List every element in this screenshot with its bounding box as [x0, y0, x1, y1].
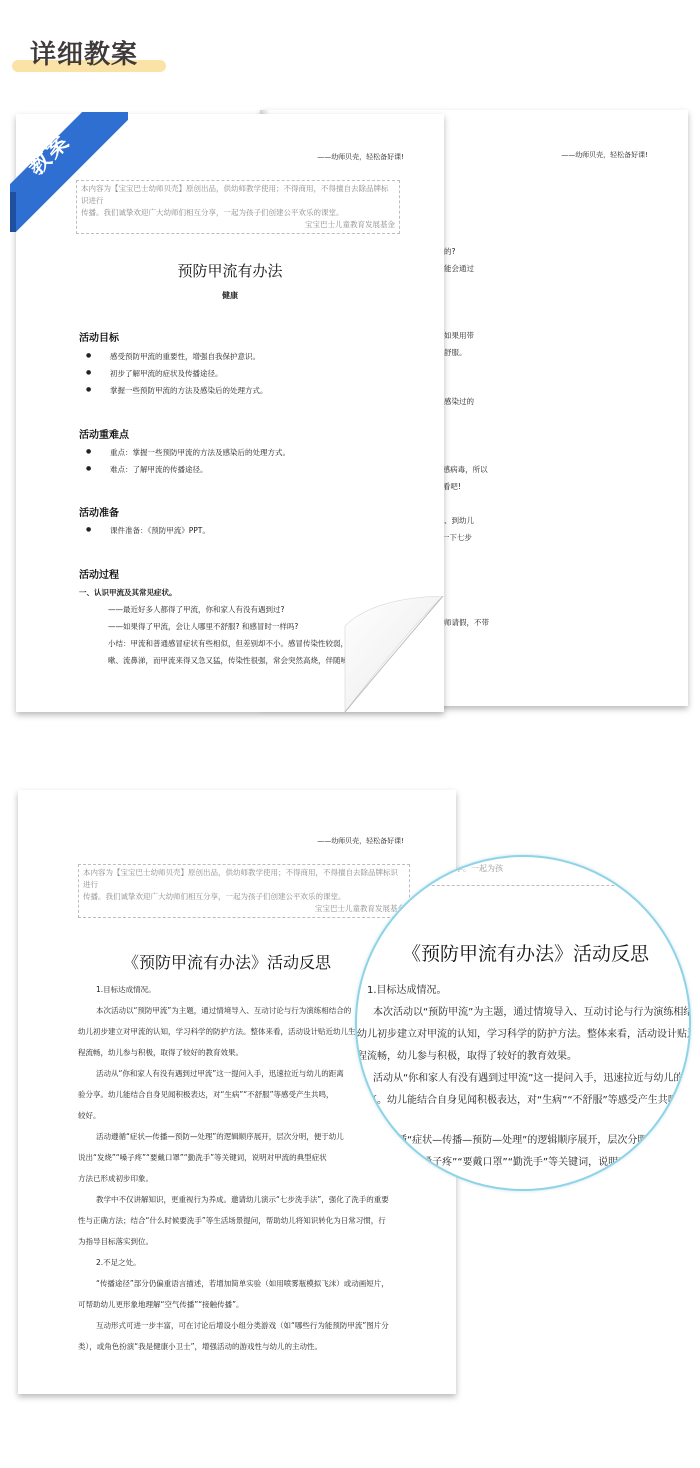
magnified-line: 幼儿初步建立对甲流的认知，学习科学的防护方法。整体来看，活动设计贴近幼儿生 [357, 1025, 691, 1040]
process-line: ——最近好多人都得了甲流，你和家人有没有遇到过? [108, 604, 284, 615]
copyright-notice: 本内容为【宝宝巴士幼师贝壳】原创出品，供幼师教学使用；不得商用，不得擅自去除品牌… [76, 180, 400, 234]
magnified-line: 本次活动以“预防甲流”为主题，通过情境导入、互动讨论与行为演练相结合的 [373, 1003, 691, 1018]
heading-goals: 活动目标 [79, 329, 119, 344]
heading-preparation: 活动准备 [79, 504, 119, 519]
page-slogan: ——幼师贝壳，轻松备好课! [317, 152, 404, 162]
page-slogan: ——幼师贝壳，轻松备好课! [561, 150, 648, 160]
magnified-fragment: 分享。一起为孩 [447, 863, 503, 874]
notice-line: 传播。我们诚挚欢迎广大幼师们相互分享，一起为孩子们创建公平欢乐的课堂。 [83, 891, 405, 903]
copyright-notice: 本内容为【宝宝巴士幼师贝壳】原创出品，供幼师教学使用；不得商用，不得擅自去除品牌… [78, 864, 410, 918]
reflection-line: 类），或角色扮演“我是健康小卫士”，增强活动的游戏性与幼儿的主动性。 [78, 1341, 322, 1352]
process-line: 小结：甲流和普通感冒症状有些相似，但差别却不小。感冒传染性较弱，一般 [108, 638, 356, 649]
process-line: 嗽、流鼻涕，而甲流来得又急又猛，传染性很强，常会突然高烧，伴随嗓子疼 [108, 655, 356, 666]
reflection-line: 活动遵循“症状—传播—预防—处理”的逻辑顺序展开，层次分明，便于幼儿 [96, 1131, 344, 1142]
magnified-line: 1.目标达成情况。 [367, 981, 447, 996]
magnified-line: “嗓子疼”“要戴口罩”“勤洗手”等关键词，说明对甲 [417, 1153, 638, 1168]
notice-signature: 宝宝巴士儿童教育发展基金 [83, 903, 405, 915]
lesson-title: 预防甲流有办法 [16, 260, 444, 281]
magnified-line: 活动从“你和家人有没有遇到过甲流”这一提问入手，迅速拉近与幼儿的距离 [373, 1069, 691, 1084]
magnifier-lens: 分享。一起为孩 《预防甲流有办法》活动反思 1.目标达成情况。 本次活动以“预防… [355, 855, 691, 1191]
heading-process: 活动过程 [79, 566, 119, 581]
goal-item: 掌握一些预防甲流的方法及感染后的处理方式。 [110, 385, 268, 396]
reflection-line: 互动形式可进一步丰富，可在讨论后增设小组分类游戏（如“哪些行为能预防甲流”图片分 [96, 1320, 389, 1331]
goal-item: 感受预防甲流的重要性，增强自我保护意识。 [110, 351, 260, 362]
notice-signature: 宝宝巴士儿童教育发展基金 [81, 219, 395, 231]
goal-item: 初步了解甲流的症状及传播途径。 [110, 368, 223, 379]
reflection-line: 说出“发烧”“嗓子疼”“要戴口罩”“勤洗手”等关键词，说明对甲流的典型症状 [78, 1152, 327, 1163]
reflection-line: 1.目标达成情况。 [96, 984, 156, 995]
magnified-title: 《预防甲流有办法》活动反思 [402, 939, 649, 966]
reflection-line: 性与正确方法；结合“什么时候要洗手”等生活场景提问，帮助幼儿将知识转化为日常习惯… [78, 1215, 386, 1226]
section-title-text: 详细教案 [30, 34, 138, 71]
reflection-line: 2.不足之处。 [96, 1257, 141, 1268]
reflection-line: “传播途径”部分仍偏重语言描述，若增加简单实验（如用喷雾瓶模拟飞沫）或动画短片， [96, 1278, 389, 1289]
process-step: 一、认识甲流及其常见症状。 [79, 587, 177, 598]
section-heading: 详细教案 [12, 30, 168, 76]
notice-line: 传播。我们诚挚欢迎广大幼师们相互分享，一起为孩子们创建公平欢乐的课堂。 [81, 207, 395, 219]
notice-line: 本内容为【宝宝巴士幼师贝壳】原创出品，供幼师教学使用；不得商用，不得擅自去除品牌… [81, 183, 395, 207]
magnified-line: 分享。幼儿能结合自身见闻积极表达，对“生病”“不舒服”等感受产生共鸣， [357, 1091, 688, 1106]
prep-item: 课件准备：《预防甲流》PPT。 [110, 525, 210, 536]
process-line: ——如果得了甲流，会让人哪里不舒服? 和感冒时一样吗? [108, 621, 298, 632]
heading-keypoints: 活动重难点 [79, 426, 129, 441]
magnified-line: 动遵循“症状—传播—预防—处理”的逻辑顺序展开，层次分明，便 [377, 1131, 667, 1146]
reflection-line: 可帮助幼儿更形象地理解“空气传播”“接触传播”。 [78, 1299, 244, 1310]
reflection-line: 幼儿初步建立对甲流的认知，学习科学的防护方法。整体来看，活动设计贴近幼儿生 [78, 1026, 356, 1037]
reflection-line: 本次活动以“预防甲流”为主题，通过情境导入、互动讨论与行为演练相结合的 [96, 1005, 351, 1016]
keypoint-item: 难点：了解甲流的传播途径。 [110, 464, 208, 475]
notice-line: 本内容为【宝宝巴士幼师贝壳】原创出品，供幼师教学使用；不得商用，不得擅自去除品牌… [83, 867, 405, 891]
lesson-subject: 健康 [16, 290, 444, 301]
reflection-line: 方法已形成初步印象。 [78, 1173, 153, 1184]
lesson-page-1: ——幼师贝壳，轻松备好课! 本内容为【宝宝巴士幼师贝壳】原创出品，供幼师教学使用… [16, 114, 444, 712]
magnified-notice-border [357, 885, 689, 886]
reflection-line: 活动从“你和家人有没有遇到过甲流”这一提问入手，迅速拉近与幼儿的距离 [96, 1068, 344, 1079]
reflection-line: 程流畅，幼儿参与积极，取得了较好的教育效果。 [78, 1047, 243, 1058]
reflection-line: 为指导目标落实到位。 [78, 1236, 153, 1247]
page-slogan: ——幼师贝壳，轻松备好课! [317, 836, 404, 846]
reflection-line: 教学中不仅讲解知识，更重视行为养成。邀请幼儿演示“七步洗手法”，强化了洗手的重要 [96, 1194, 389, 1205]
reflection-line: 较好。 [78, 1110, 101, 1121]
reflection-line: 验分享。幼儿能结合自身见闻积极表达，对“生病”“不舒服”等感受产生共鸣， [78, 1089, 334, 1100]
magnified-line: 程流畅，幼儿参与积极，取得了较好的教育效果。 [357, 1047, 577, 1062]
keypoint-item: 重点：掌握一些预防甲流的方法及感染后的处理方式。 [110, 447, 290, 458]
